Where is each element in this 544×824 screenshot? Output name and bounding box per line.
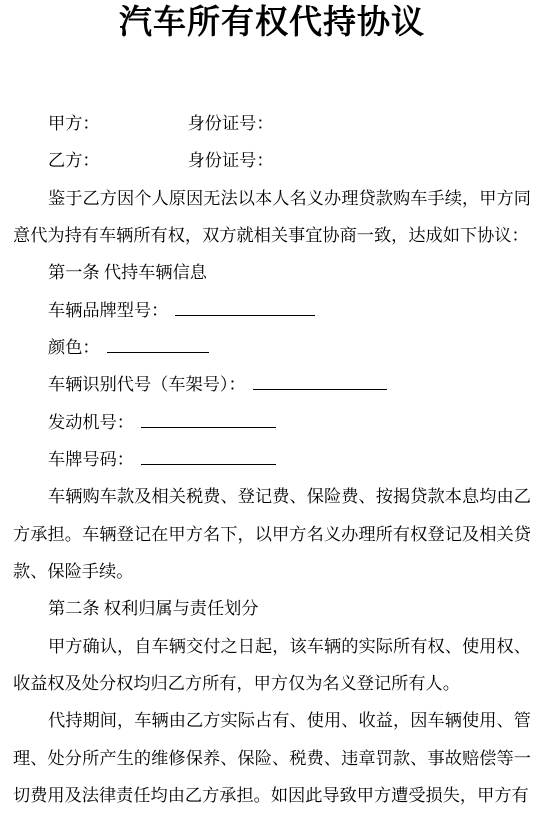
party-a-id-label: 身份证号： <box>188 114 274 133</box>
field-color-blank[interactable] <box>107 334 209 353</box>
field-vin-label: 车辆识别代号（车架号）： <box>48 375 246 394</box>
field-plate-number-label: 车牌号码： <box>48 450 134 469</box>
article-2-paragraph-1: 甲方确认，自车辆交付之日起，该车辆的实际所有权、使用权、收益权及处分权均归乙方所… <box>13 628 531 703</box>
party-b-id-label: 身份证号： <box>188 151 274 170</box>
field-brand-model-label: 车辆品牌型号： <box>48 301 168 320</box>
field-engine-number-label: 发动机号： <box>48 413 134 432</box>
field-vin: 车辆识别代号（车架号）： <box>13 366 531 403</box>
party-a-label: 甲方： <box>48 114 100 133</box>
document-title: 汽车所有权代持协议 <box>0 0 544 45</box>
field-vin-blank[interactable] <box>253 371 387 390</box>
article-2-paragraph-2: 代持期间，车辆由乙方实际占有、使用、收益，因车辆使用、管理、处分所产生的维修保养… <box>13 702 531 814</box>
party-b-label: 乙方： <box>48 151 100 170</box>
field-color-label: 颜色： <box>48 338 100 357</box>
field-plate-number: 车牌号码： <box>13 441 531 478</box>
field-brand-model-blank[interactable] <box>175 297 315 316</box>
article-1-heading: 第一条 代持车辆信息 <box>13 254 531 291</box>
document-body: 甲方：身份证号： 乙方：身份证号： 鉴于乙方因个人原因无法以本人名义办理贷款购车… <box>13 105 531 814</box>
field-plate-number-blank[interactable] <box>141 446 276 465</box>
field-brand-model: 车辆品牌型号： <box>13 292 531 329</box>
article-1-paragraph: 车辆购车款及相关税费、登记费、保险费、按揭贷款本息均由乙方承担。车辆登记在甲方名… <box>13 478 531 590</box>
document-page: 汽车所有权代持协议 甲方：身份证号： 乙方：身份证号： 鉴于乙方因个人原因无法以… <box>0 0 544 824</box>
article-2-heading: 第二条 权利归属与责任划分 <box>13 590 531 627</box>
field-engine-number: 发动机号： <box>13 404 531 441</box>
field-engine-number-blank[interactable] <box>141 409 276 428</box>
party-b-line: 乙方：身份证号： <box>13 142 531 179</box>
field-color: 颜色： <box>13 329 531 366</box>
preamble-paragraph: 鉴于乙方因个人原因无法以本人名义办理贷款购车手续，甲方同意代为持有车辆所有权，双… <box>13 180 531 255</box>
party-a-line: 甲方：身份证号： <box>13 105 531 142</box>
